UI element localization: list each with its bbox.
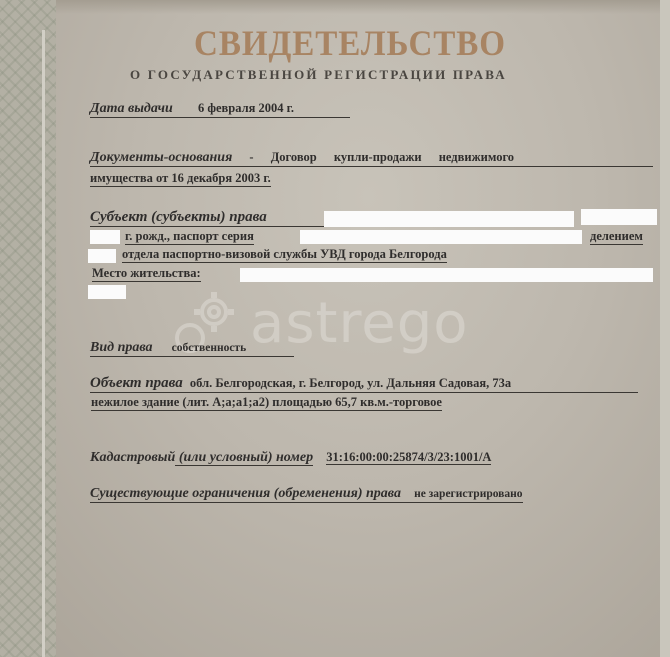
cadastral-label-2: (или условный) номер	[175, 450, 313, 466]
object-address: обл. Белгородская, г. Белгород, ул. Даль…	[190, 376, 511, 390]
redacted-residence	[240, 268, 653, 282]
basis-documents-label: Документы-основания	[90, 150, 232, 165]
right-type-label: Вид права	[90, 340, 153, 355]
cadastral-number: 31:16:00:00:25874/3/23:1001/А	[326, 450, 491, 465]
ornamental-border	[0, 0, 56, 657]
cadastral-label: Кадастровый	[90, 450, 175, 465]
top-border	[0, 0, 670, 14]
encumbrances-value: не зарегистрировано	[414, 488, 522, 500]
certificate-title: СВИДЕТЕЛЬСТВО	[28, 22, 670, 64]
basis-documents-value: - Договор купли-продажи недвижимого	[249, 150, 514, 164]
residence-label: Место жительства:	[92, 266, 201, 282]
object-label: Объект права	[90, 375, 183, 391]
redacted-subject-name-2	[581, 209, 657, 225]
encumbrances-label: Существующие ограничения (обременения) п…	[90, 486, 401, 501]
subject-row: Субъект (субъекты) права	[90, 209, 326, 227]
subject-passport-end: делением	[590, 229, 643, 245]
basis-documents-row-2: имущества от 16 декабря 2003 г.	[90, 171, 271, 187]
issue-date-row: Дата выдачи 6 февраля 2004 г.	[90, 101, 350, 118]
subject-passport: г. рожд., паспорт серия	[125, 229, 254, 245]
object-row: Объект права обл. Белгородская, г. Белго…	[90, 375, 638, 393]
redacted-subject-name	[324, 211, 574, 227]
redacted-passport	[300, 230, 582, 244]
right-type-row: Вид права собственность	[90, 340, 294, 357]
encumbrances-row: Существующие ограничения (обременения) п…	[90, 486, 523, 503]
cadastral-row: Кадастровый (или условный) номер 31:16:0…	[90, 450, 491, 466]
redacted-issuer	[88, 249, 116, 263]
basis-documents-row: Документы-основания - Договор купли-прод…	[90, 150, 653, 167]
subject-issuer: отдела паспортно-визовой службы УВД горо…	[122, 247, 447, 263]
redacted-birth-date	[90, 230, 120, 244]
issue-date-label: Дата выдачи	[90, 101, 173, 116]
right-edge	[660, 0, 670, 657]
issue-date-value: 6 февраля 2004 г.	[198, 101, 294, 115]
redacted-residence-2	[88, 285, 126, 299]
object-description: нежилое здание (лит. А;а;а1;а2) площадью…	[91, 395, 442, 411]
subject-label: Субъект (субъекты) права	[90, 209, 267, 225]
certificate-subtitle: О ГОСУДАРСТВЕННОЙ РЕГИСТРАЦИИ ПРАВА	[130, 67, 507, 83]
right-type-value: собственность	[172, 342, 247, 354]
